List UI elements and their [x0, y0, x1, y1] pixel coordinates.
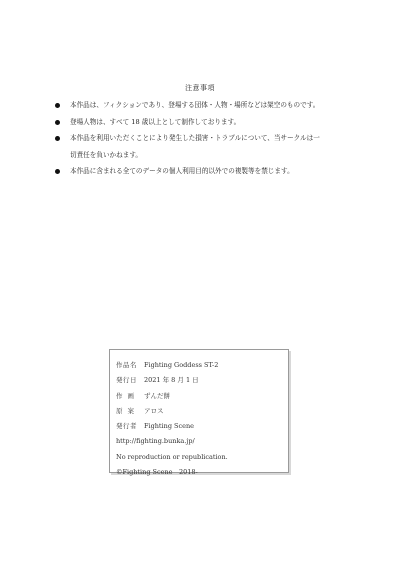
colophon-label: 作画: [116, 389, 144, 404]
colophon-row-original: 原案 アロス: [116, 404, 282, 419]
colophon-label: 発行日: [116, 373, 144, 388]
colophon-rights: No reproduction or republication.: [116, 450, 282, 465]
bullet-icon: [55, 136, 60, 141]
notice-item-continuation: 切責任を負いかねます。: [52, 147, 372, 164]
notice-item-text: 登場人物は、すべて 18 歳以上として制作しております。: [70, 118, 240, 126]
notice-list: 本作品は、フィクションであり、登場する団体・人物・場所などは架空のものです。 登…: [52, 97, 372, 180]
colophon-row-publisher: 発行者 Fighting Scene: [116, 419, 282, 434]
colophon-copyright: ©Fighting Scene 2018-: [116, 465, 282, 480]
notice-item-text: 本作品を利用いただくことにより発生した損害・トラブルについて、当サークルは一: [70, 134, 320, 142]
notice-item-text: 本作品に含まれる全てのデータの個人利用目的以外での複製等を禁じます。: [70, 167, 294, 175]
notice-item: 本作品に含まれる全てのデータの個人利用目的以外での複製等を禁じます。: [52, 163, 372, 180]
notice-item: 登場人物は、すべて 18 歳以上として制作しております。: [52, 114, 372, 131]
colophon-box: 作品名 Fighting Goddess ST-2 発行日 2021 年 8 月…: [109, 349, 289, 473]
colophon-value: 2021 年 8 月 1 日: [144, 373, 199, 388]
colophon-row-title: 作品名 Fighting Goddess ST-2: [116, 358, 282, 373]
notice-item-text: 切責任を負いかねます。: [70, 151, 142, 159]
colophon-label: 作品名: [116, 358, 144, 373]
notice-item: 本作品は、フィクションであり、登場する団体・人物・場所などは架空のものです。: [52, 97, 372, 114]
colophon-value: Fighting Scene: [144, 419, 194, 434]
colophon-value: ずんだ餅: [144, 389, 170, 404]
bullet-icon: [55, 120, 60, 125]
bullet-icon: [55, 103, 60, 108]
colophon-url: http://fighting.bunka.jp/: [116, 434, 282, 449]
colophon-label: 発行者: [116, 419, 144, 434]
colophon-value: アロス: [144, 404, 164, 419]
colophon-label: 原案: [116, 404, 144, 419]
colophon-row-date: 発行日 2021 年 8 月 1 日: [116, 373, 282, 388]
colophon-row-artist: 作画 ずんだ餅: [116, 389, 282, 404]
notice-item-text: 本作品は、フィクションであり、登場する団体・人物・場所などは架空のものです。: [70, 101, 319, 109]
notice-title: 注意事項: [0, 83, 400, 93]
bullet-icon: [55, 169, 60, 174]
colophon-value: Fighting Goddess ST-2: [144, 358, 218, 373]
notice-item: 本作品を利用いただくことにより発生した損害・トラブルについて、当サークルは一: [52, 130, 372, 147]
